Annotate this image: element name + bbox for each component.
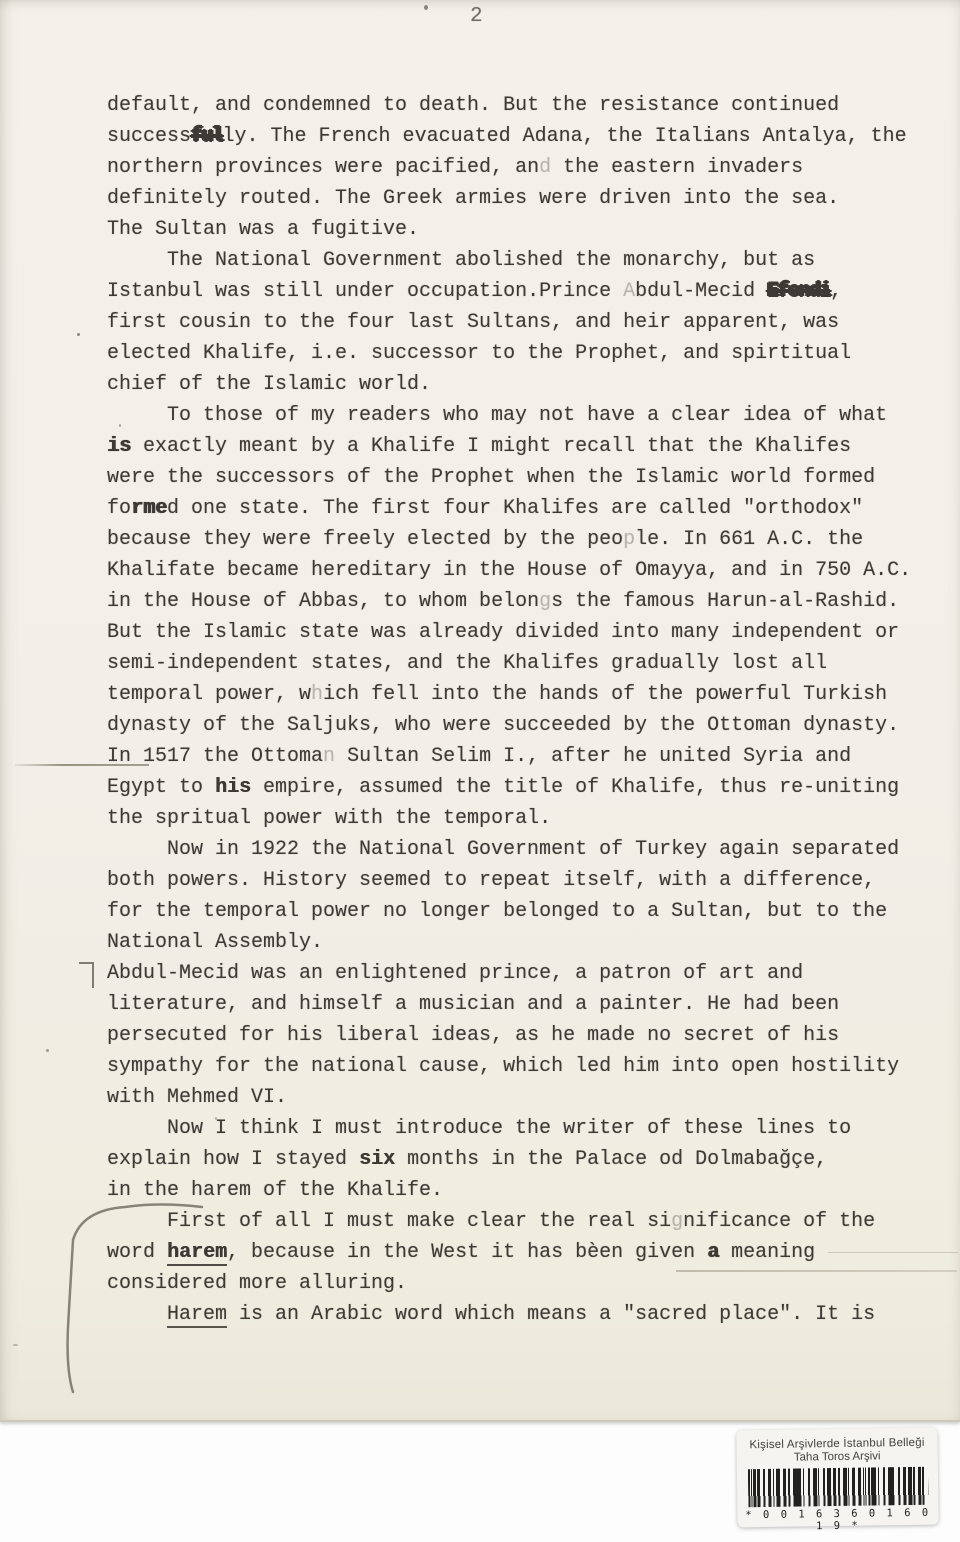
archive-stamp-label: Kişisel Arşivlerde İstanbul Belleği Taha… — [736, 1428, 938, 1528]
typed-text-segment: fo — [107, 497, 131, 520]
typed-text-segment: Istanbul was still under occupation.Prin… — [107, 280, 623, 303]
typed-text-segment: g — [539, 590, 551, 613]
typed-line: First of all I must make clear the real … — [107, 1206, 947, 1237]
typed-text-segment: d — [539, 156, 551, 179]
typed-text-segment: nificance of the — [683, 1210, 875, 1233]
typed-text-segment: his — [215, 776, 251, 799]
typed-line: explain how I stayed six months in the P… — [107, 1144, 947, 1175]
typed-text-segment: Egypt to — [107, 776, 215, 799]
typed-line: To those of my readers who may not have … — [107, 400, 947, 431]
typed-text-segment: persecuted for his liberal ideas, as he … — [107, 1024, 839, 1047]
typed-line: both powers. History seemed to repeat it… — [107, 865, 947, 896]
typed-text-segment: dynasty of the Saljuks, who were succeed… — [107, 714, 899, 737]
typed-text-segment: semi-independent states, and the Khalife… — [107, 652, 827, 675]
pencil-corner-mark — [79, 962, 94, 988]
typed-text-segment: temporal power, w — [107, 683, 311, 706]
typed-line: Khalifate became hereditary in the House… — [107, 555, 947, 586]
ink-speck — [77, 333, 80, 336]
typed-line: in the harem of the Khalife. — [107, 1175, 947, 1206]
typed-line: the spritual power with the temporal. — [107, 803, 947, 834]
typed-line: In 1517 the Ottoman Sultan Selim I., aft… — [107, 741, 947, 772]
typed-text-segment: s the famous Harun-al-Rashid. — [551, 590, 899, 613]
typed-text-segment: literature, and himself a musician and a… — [107, 993, 839, 1016]
typed-line: Istanbul was still under occupation.Prin… — [107, 276, 947, 307]
typed-line: Now in 1922 the National Government of T… — [107, 834, 947, 865]
typed-text-segment: empire, assumed the title of Khalife, th… — [251, 776, 899, 799]
archive-label-line2: Taha Toros Arşivi — [737, 1450, 938, 1465]
typed-text-segment: the eastern invaders — [551, 156, 803, 179]
typed-text-segment: six — [359, 1148, 395, 1171]
typed-text-segment: g — [671, 1210, 683, 1233]
typed-text-segment: Efendi — [767, 280, 830, 303]
typed-text-segment: a — [707, 1241, 719, 1264]
typed-text-segment: First of all I must make clear the real … — [167, 1210, 671, 1233]
typed-line: considered more alluring. — [107, 1268, 947, 1299]
typed-text-segment: But the Islamic state was already divide… — [107, 621, 899, 644]
typed-text-segment: success — [107, 125, 191, 148]
typed-line: semi-independent states, and the Khalife… — [107, 648, 947, 679]
typed-text-segment: chief of the Islamic world. — [107, 373, 431, 396]
typed-text-segment: the spritual power with the temporal. — [107, 807, 551, 830]
typed-line: is exactly meant by a Khalife I might re… — [107, 431, 947, 462]
typed-text-segment: , — [830, 280, 842, 303]
typed-text-segment: ly. The French evacuated Adana, the Ital… — [223, 125, 907, 148]
typed-text-segment: National Assembly. — [107, 931, 323, 954]
typed-text-segment: The National Government abolished the mo… — [167, 249, 815, 272]
typed-text-segment: northern provinces were pacified, an — [107, 156, 539, 179]
typed-line: dynasty of the Saljuks, who were succeed… — [107, 710, 947, 741]
typed-line: National Assembly. — [107, 927, 947, 958]
typed-line: with Mehmed VI. — [107, 1082, 947, 1113]
pencil-line-right-margin — [676, 1270, 957, 1272]
typed-line: sympathy for the national cause, which l… — [107, 1051, 947, 1082]
pencil-line-right-margin-faint — [828, 1252, 958, 1253]
typed-text-segment: Abdul-Mecid was an enlightened prince, a… — [107, 962, 803, 985]
typed-line: successfully. The French evacuated Adana… — [107, 121, 947, 152]
typed-line: formed one state. The first four Khalife… — [107, 493, 947, 524]
typed-line: definitely routed. The Greek armies were… — [107, 183, 947, 214]
typed-text-segment: To those of my readers who may not have … — [167, 404, 887, 427]
typed-text-segment: The Sultan was a fugitive. — [107, 218, 419, 241]
typed-text-segment: months in the Palace od Dolmabağçe, — [395, 1148, 827, 1171]
barcode-digits: * 0 0 1 6 3 6 0 1 6 0 1 9 * — [737, 1507, 938, 1534]
typed-line: Abdul-Mecid was an enlightened prince, a… — [107, 958, 947, 989]
typed-line: word harem, because in the West it has b… — [107, 1237, 947, 1268]
typed-text-segment: ful — [191, 125, 223, 148]
scanned-document-page: 2 default, and condemned to death. But t… — [0, 0, 960, 1542]
typed-line: for the temporal power no longer belonge… — [107, 896, 947, 927]
ink-speck — [424, 5, 428, 10]
typed-text-segment: meaning — [719, 1241, 815, 1264]
pencil-bracket-mark — [50, 1192, 220, 1407]
ink-speck — [46, 1049, 49, 1052]
typed-text-segment: h — [311, 683, 323, 706]
typed-text-block: default, and condemned to death. But the… — [107, 90, 947, 1330]
typed-text-segment: because they were freely elected by the … — [107, 528, 623, 551]
typed-text-segment: d one state. The first four Khalifes are… — [167, 497, 863, 520]
typed-line: first cousin to the four last Sultans, a… — [107, 307, 947, 338]
typed-text-segment: Khalifate became hereditary in the House… — [107, 559, 911, 582]
typed-text-segment: le. In 661 A.C. the — [635, 528, 863, 551]
typed-line: because they were freely elected by the … — [107, 524, 947, 555]
typed-text-segment: bdul-Mecid — [635, 280, 767, 303]
pencil-underline-in-1517 — [15, 764, 149, 766]
typed-text-segment: exactly meant by a Khalife I might recal… — [131, 435, 851, 458]
ink-speck — [215, 1117, 217, 1120]
typed-line: But the Islamic state was already divide… — [107, 617, 947, 648]
typed-text-segment: ich fell into the hands of the powerful … — [323, 683, 887, 706]
typed-text-segment: sympathy for the national cause, which l… — [107, 1055, 899, 1078]
typed-line: The National Government abolished the mo… — [107, 245, 947, 276]
typed-text-segment: is an Arabic word which means a "sacred … — [227, 1303, 875, 1326]
typed-text-segment: n — [323, 745, 335, 768]
typed-text-segment: explain how I stayed — [107, 1148, 359, 1171]
typed-line: chief of the Islamic world. — [107, 369, 947, 400]
typed-text-segment: both powers. History seemed to repeat it… — [107, 869, 875, 892]
ink-speck — [13, 1344, 18, 1346]
typed-text-segment: elected Khalife, i.e. successor to the P… — [107, 342, 851, 365]
typed-text-segment: is — [107, 435, 131, 458]
typed-text-segment: for the temporal power no longer belonge… — [107, 900, 887, 923]
typed-text-segment: with Mehmed VI. — [107, 1086, 287, 1109]
typed-line: Egypt to his empire, assumed the title o… — [107, 772, 947, 803]
typed-text-segment: A — [623, 280, 635, 303]
typed-line: northern provinces were pacified, and th… — [107, 152, 947, 183]
typed-line: were the successors of the Prophet when … — [107, 462, 947, 493]
typed-line: temporal power, which fell into the hand… — [107, 679, 947, 710]
typed-line: literature, and himself a musician and a… — [107, 989, 947, 1020]
typed-line: persecuted for his liberal ideas, as he … — [107, 1020, 947, 1051]
typed-line: The Sultan was a fugitive. — [107, 214, 947, 245]
typed-line: elected Khalife, i.e. successor to the P… — [107, 338, 947, 369]
typed-line: Now I think I must introduce the writer … — [107, 1113, 947, 1144]
typed-text-segment: Now I think I must introduce the writer … — [167, 1117, 851, 1140]
typed-text-segment: definitely routed. The Greek armies were… — [107, 187, 839, 210]
typed-text-segment: rme — [131, 497, 167, 520]
typed-text-segment: Sultan Selim I., after he united Syria a… — [335, 745, 851, 768]
barcode — [747, 1467, 928, 1508]
typed-line: Harem is an Arabic word which means a "s… — [107, 1299, 947, 1330]
typed-line: in the House of Abbas, to whom belongs t… — [107, 586, 947, 617]
typed-line: default, and condemned to death. But the… — [107, 90, 947, 121]
typed-text-segment: first cousin to the four last Sultans, a… — [107, 311, 839, 334]
typed-text-segment: default, and condemned to death. But the… — [107, 94, 839, 117]
ink-speck — [119, 424, 121, 427]
typed-text-segment: p — [623, 528, 635, 551]
typed-text-segment: Now in 1922 the National Government of T… — [167, 838, 899, 861]
page-number: 2 — [470, 5, 484, 28]
typed-text-segment: were the successors of the Prophet when … — [107, 466, 875, 489]
typed-text-segment: in the House of Abbas, to whom belon — [107, 590, 539, 613]
typed-text-segment: , because in the West it has bèen given — [227, 1241, 707, 1264]
